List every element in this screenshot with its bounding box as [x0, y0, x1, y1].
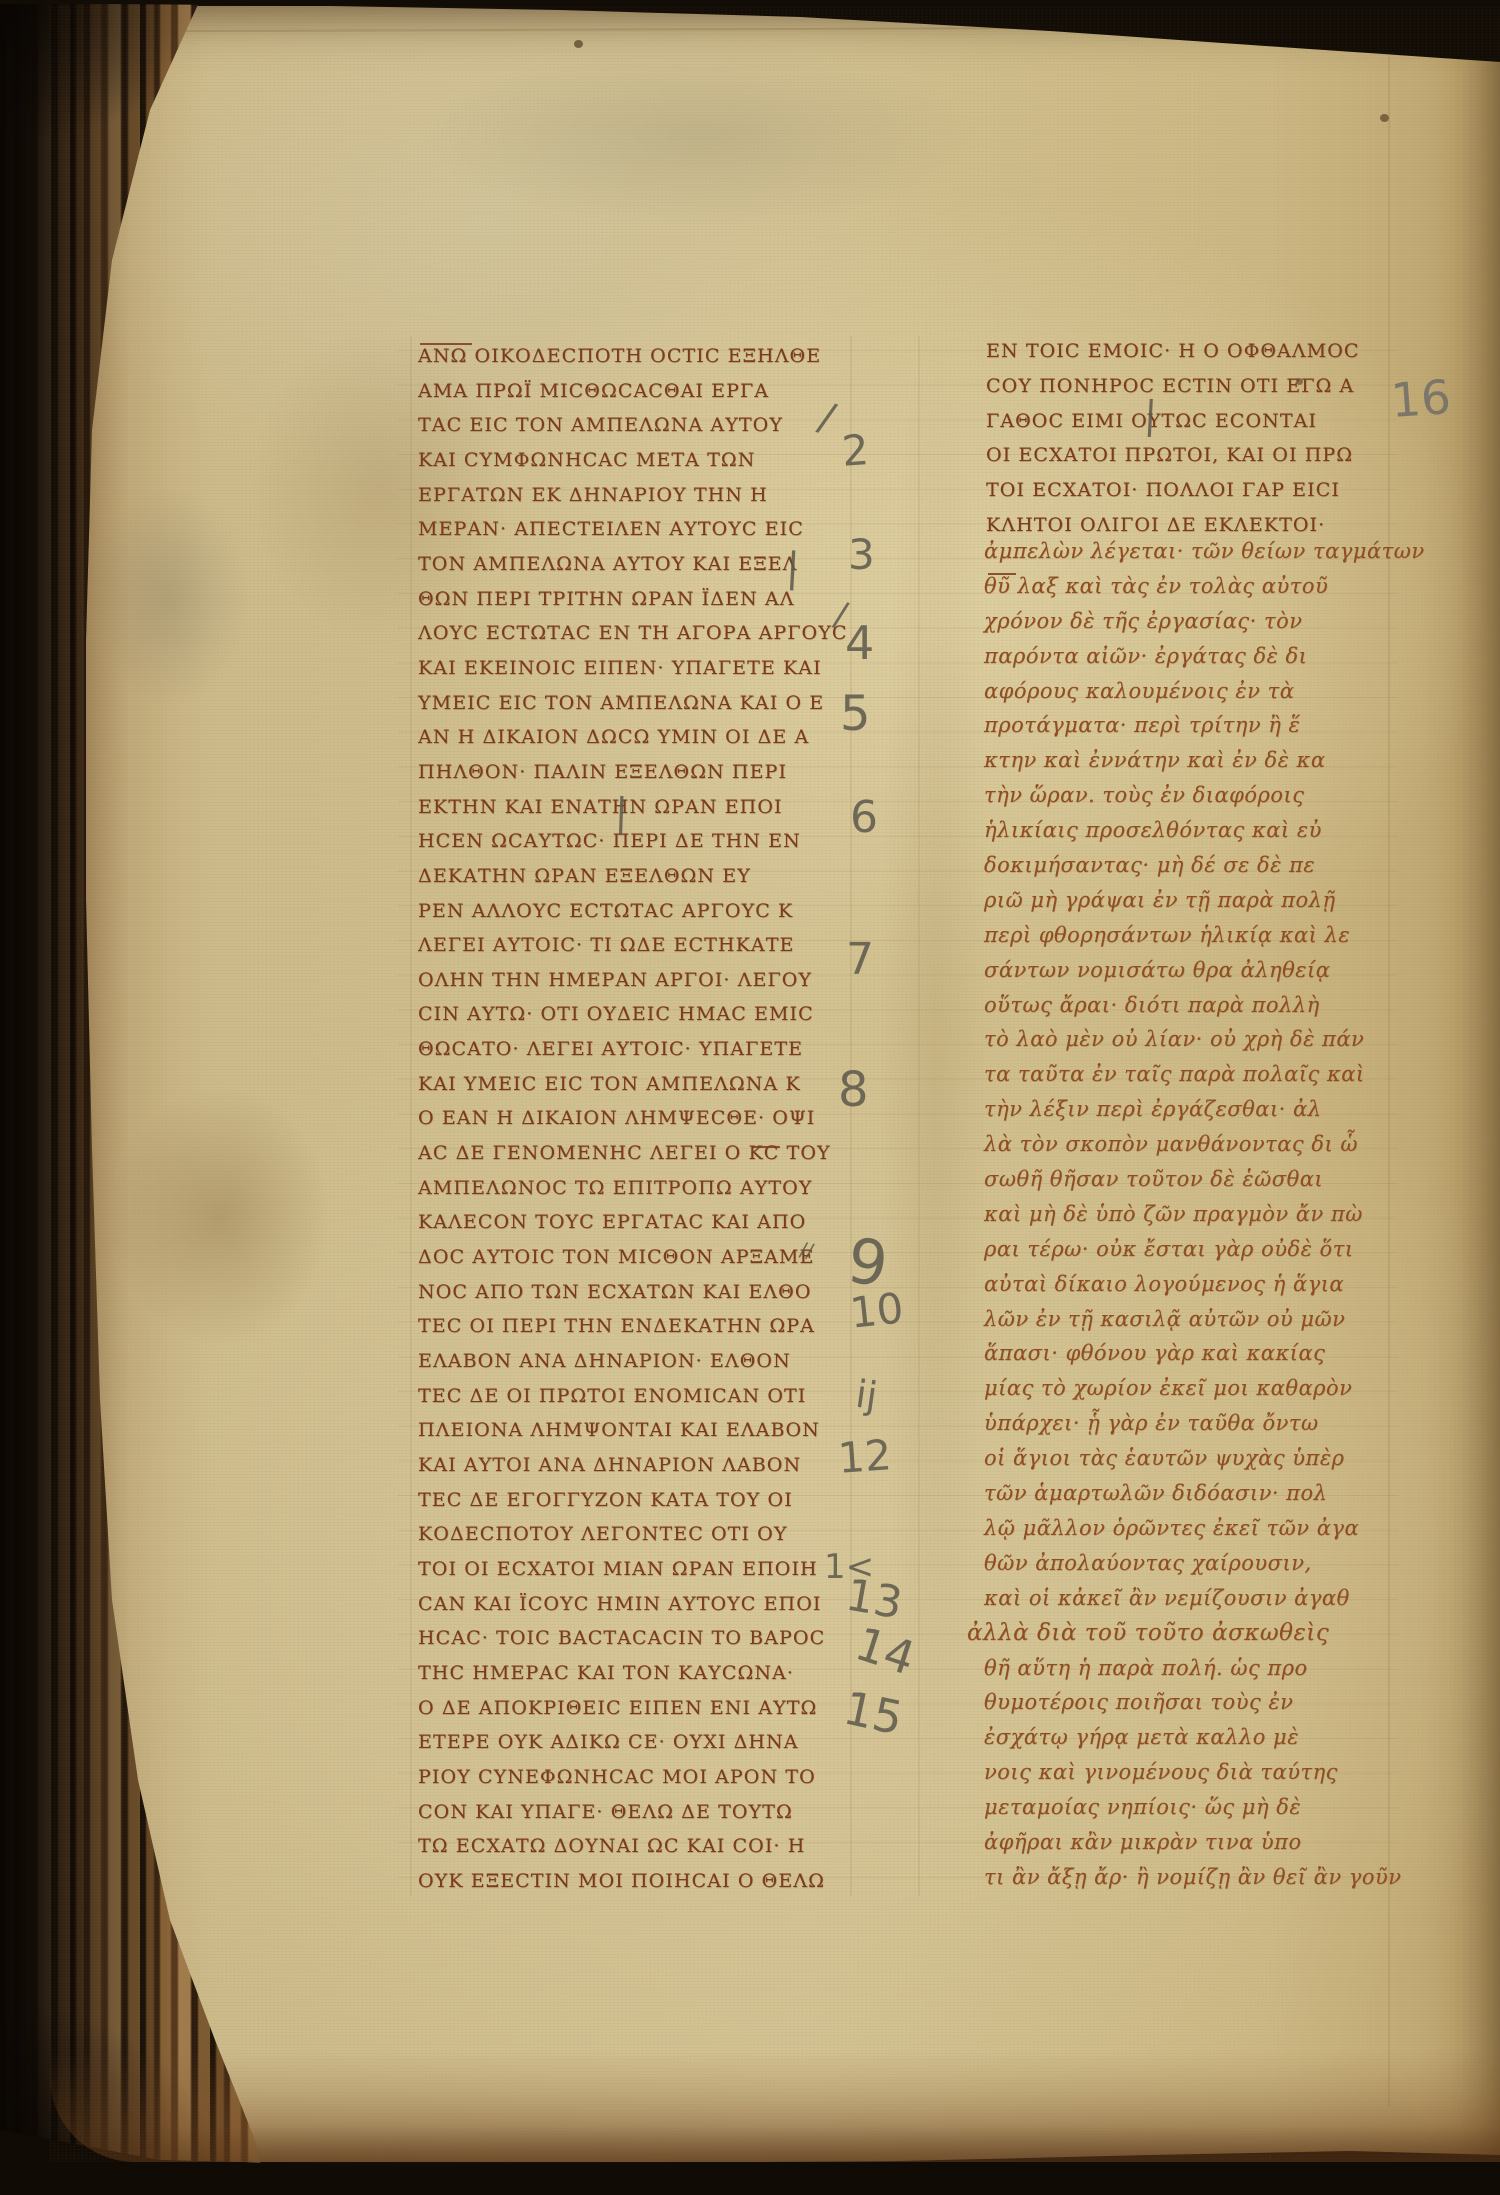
text-line: CΙΝ ΑΥΤΩ· ΟΤΙ ΟΥΔΕΙC ΗΜΑC ΕΜΙC: [418, 997, 848, 1032]
text-line: ΓΑΘΟC ΕΙΜΙ ΟΥΤΩC ΕCΟΝΤΑΙ: [986, 404, 1376, 439]
pencil-verse-number: |: [785, 548, 801, 589]
text-line: τὸ λαὸ μὲν οὐ λίαν· οὐ χρὴ δὲ πάν: [984, 1022, 1384, 1057]
text-line: ΤΑC ΕΙC ΤΟΝ ΑΜΠΕΛΩΝΑ ΑΥΤΟΥ: [418, 408, 848, 443]
text-line: ἐσχάτῳ γήρᾳ μετὰ καλλο μὲ: [984, 1720, 1384, 1755]
text-line: οὕτως ἄραι· διότι παρὰ πολλὴ: [984, 988, 1384, 1023]
text-line: κτην καὶ ἐννάτην καὶ ἐν δὲ κα: [984, 743, 1384, 778]
text-line: τι ἂν ἄξῃ ἄρ· ἢ νομίζῃ ἂν θεῖ ἂν γοῦν: [984, 1860, 1384, 1895]
ruling-line: [410, 336, 412, 1896]
text-line: ΛΟΥC ΕCΤΩΤΑC ΕΝ ΤΗ ΑΓΟΡΑ ΑΡΓΟΥC: [418, 616, 848, 651]
folio-number: 16: [1389, 370, 1453, 429]
text-line: μεταμοίας νηπίοις· ὥς μὴ δὲ: [984, 1790, 1384, 1825]
text-line: ΝΟC ΑΠΟ ΤΩΝ ΕCΧΑΤΩΝ ΚΑΙ ΕΛΘΟ: [418, 1275, 848, 1310]
text-line: ΟΥΚ ΕΞΕCΤΙΝ ΜΟΙ ΠΟΙΗCΑΙ Ο ΘΕΛΩ: [418, 1864, 848, 1899]
text-line: ΕΚΤΗΝ ΚΑΙ ΕΝΑΤΗΝ ΩΡΑΝ ΕΠΟΙ: [418, 790, 848, 825]
text-line: ΥΜΕΙC ΕΙC ΤΟΝ ΑΜΠΕΛΩΝΑ ΚΑΙ Ο Ε: [418, 686, 848, 721]
pencil-verse-number: 3: [848, 534, 875, 576]
text-line: ΚΑΛΕCΟΝ ΤΟΥC ΕΡΓΑΤΑC ΚΑΙ ΑΠΟ: [418, 1205, 848, 1240]
text-line: μίας τὸ χωρίον ἐκεῖ μοι καθαρὸν: [984, 1371, 1384, 1406]
text-line: ΕΝ ΤΟΙC ΕΜΟΙC· Η Ο ΟΦΘΑΛΜΟC: [986, 334, 1376, 369]
text-line: τῶν ἁμαρτωλῶν διδόασιν· πολ: [984, 1476, 1384, 1511]
text-line: προτάγματα· περὶ τρίτην ἢ ἕ: [984, 708, 1384, 743]
text-line: ΟΙ ΕCΧΑΤΟΙ ΠΡΩΤΟΙ, ΚΑΙ ΟΙ ΠΡΩ: [986, 438, 1376, 473]
text-line: ΘΩCΑΤΟ· ΛΕΓΕΙ ΑΥΤΟΙC· ΥΠΑΓΕΤΕ: [418, 1032, 848, 1067]
pencil-verse-number: 4: [845, 620, 874, 666]
text-line: ΕΤΕΡΕ ΟΥΚ ΑΔΙΚΩ CΕ· ΟΥΧΙ ΔΗΝΑ: [418, 1725, 848, 1760]
stain: [90, 486, 250, 706]
text-line: ΗCΑC· ΤΟΙC ΒΑCΤΑCΑCΙΝ ΤΟ ΒΑΡΟC: [418, 1621, 848, 1656]
text-line: οἱ ἅγιοι τὰς ἑαυτῶν ψυχὰς ὑπὲρ: [984, 1441, 1384, 1476]
text-line: ΚΑΙ ΥΜΕΙC ΕΙC ΤΟΝ ΑΜΠΕΛΩΝΑ Κ: [418, 1067, 848, 1102]
text-line: δοκιμήσαντας· μὴ δέ σε δὲ πε: [984, 848, 1384, 883]
pencil-verse-number: |: [1143, 396, 1158, 435]
text-line: σωθῆ θῆσαν τοῦτον δὲ ἑῶσθαι: [984, 1162, 1384, 1197]
text-line: ΤΟΙ ΕCΧΑΤΟΙ· ΠΟΛΛΟΙ ΓΑΡ ΕΙCΙ: [986, 473, 1376, 508]
text-line: λῶν ἐν τῇ κασιλᾷ αὐτῶν οὐ μῶν: [984, 1302, 1384, 1337]
text-line: ΔΟC ΑΥΤΟΙC ΤΟΝ ΜΙCΘΟΝ ΑΡΞΑΜΕ: [418, 1240, 848, 1275]
text-line: τὴν ὥραν. τοὺς ἐν διαφόροις: [984, 778, 1384, 813]
text-line: καὶ οἱ κἀκεῖ ἂν νεμίζουσιν ἀγαθ: [984, 1581, 1384, 1616]
ruling-line: [918, 336, 920, 1896]
text-line: ΡΕΝ ΑΛΛΟΥC ΕCΤΩΤΑC ΑΡΓΟΥC Κ: [418, 894, 848, 929]
text-line: ΚΟΔΕCΠΟΤΟΥ ΛΕΓΟΝΤΕC ΟΤΙ ΟΥ: [418, 1517, 848, 1552]
text-line: ἀμπελὼν λέγεται· τῶν θείων ταγμάτων: [984, 534, 1384, 569]
text-line: νοις καὶ γινομένους διὰ ταύτης: [984, 1755, 1384, 1790]
text-line: τὴν λέξιν περὶ ἐργάζεσθαι· ἀλ: [984, 1092, 1384, 1127]
pencil-verse-number: 10: [848, 1287, 906, 1334]
pencil-verse-number: 2: [841, 429, 871, 473]
text-line: ΚΑΙ ΕΚΕΙΝΟΙC ΕΙΠΕΝ· ΥΠΑΓΕΤΕ ΚΑΙ: [418, 651, 848, 686]
manuscript-photo: ΑΝΩ ΟΙΚΟΔΕCΠΟΤΗ ΟCΤΙC ΕΞΗΛΘΕΑΜΑ ΠΡΩΪ ΜΙC…: [0, 0, 1500, 2195]
pencil-verse-number: 12: [837, 1434, 893, 1480]
text-line: ΡΙΟΥ CΥΝΕΦΩΝΗCΑC ΜΟΙ ΑΡΟΝ ΤΟ: [418, 1760, 848, 1795]
pencil-verse-number: 8: [838, 1066, 869, 1114]
text-line: CΟΝ ΚΑΙ ΥΠΑΓΕ· ΘΕΛΩ ΔΕ ΤΟΥΤΩ: [418, 1795, 848, 1830]
text-line: CΟΥ ΠΟΝΗΡΟC ΕCΤΙΝ ΟΤΙ ΕΓΩ Α: [986, 369, 1376, 404]
text-line: θῶν ἀπολαύοντας χαίρουσιν,: [984, 1546, 1384, 1581]
text-line: ΗCΕΝ ΩCΑΥΤΩC· ΠΕΡΙ ΔΕ ΤΗΝ ΕΝ: [418, 824, 848, 859]
left-text-column: ΑΝΩ ΟΙΚΟΔΕCΠΟΤΗ ΟCΤΙC ΕΞΗΛΘΕΑΜΑ ΠΡΩΪ ΜΙC…: [418, 339, 848, 1899]
pencil-verse-number: 7: [846, 938, 874, 982]
text-line: καὶ μὴ δὲ ὑπὸ ζῶν πραγμὸν ἄν πὼ: [984, 1197, 1384, 1232]
text-line: λὰ τὸν σκοπὸν μανθάνοντας δι ὧ: [984, 1127, 1384, 1162]
text-line: τα ταῦτα ἐν ταῖς παρὰ πολαῖς καὶ: [984, 1057, 1384, 1092]
pencil-verse-number: 6: [850, 796, 878, 840]
text-line: ΤΩ ΕCΧΑΤΩ ΔΟΥΝΑΙ ΩC ΚΑΙ CΟΙ· Η: [418, 1829, 848, 1864]
stain: [574, 40, 583, 48]
text-line: ΔΕΚΑΤΗΝ ΩΡΑΝ ΕΞΕΛΘΩΝ ΕΥ: [418, 859, 848, 894]
text-line: ἅπασι· φθόνου γὰρ καὶ κακίας: [984, 1336, 1384, 1371]
text-line: αφόρους καλουμένοις ἐν τὰ: [984, 674, 1384, 709]
text-line: θυμοτέροις ποιῆσαι τοὺς ἐν: [984, 1685, 1384, 1720]
text-line: ΟΛΗΝ ΤΗΝ ΗΜΕΡΑΝ ΑΡΓΟΙ· ΛΕΓΟΥ: [418, 963, 848, 998]
text-line: ΕΛΑΒΟΝ ΑΝΑ ΔΗΝΑΡΙΟΝ· ΕΛΘΟΝ: [418, 1344, 848, 1379]
text-line: θῦ λαξ καὶ τὰς ἐν τολὰς αὐτοῦ: [984, 569, 1384, 604]
text-line: ΑΜΑ ΠΡΩΪ ΜΙCΘΩCΑCΘΑΙ ΕΡΓΑ: [418, 374, 848, 409]
text-line: σάντων νομισάτω θρα ἀληθείᾳ: [984, 953, 1384, 988]
pencil-verse-number: |: [614, 793, 628, 831]
text-line: ὑπάρχει· ᾗ γὰρ ἐν ταῦθα ὄντω: [984, 1406, 1384, 1441]
text-line: ΚΑΙ ΑΥΤΟΙ ΑΝΑ ΔΗΝΑΡΙΟΝ ΛΑΒΟΝ: [418, 1448, 848, 1483]
text-line: ΑΜΠΕΛΩΝΟC ΤΩ ΕΠΙΤΡΟΠΩ ΑΥΤΟΥ: [418, 1171, 848, 1206]
right-column-commentary: ἀμπελὼν λέγεται· τῶν θείων ταγμάτωνθῦ λα…: [984, 534, 1384, 1895]
text-line: ΑΝ Η ΔΙΚΑΙΟΝ ΔΩCΩ ΥΜΙΝ ΟΙ ΔΕ Α: [418, 720, 848, 755]
text-line: ΠΗΛΘΟΝ· ΠΑΛΙΝ ΕΞΕΛΘΩΝ ΠΕΡΙ: [418, 755, 848, 790]
text-line: ΤΕC ΔΕ ΟΙ ΠΡΩΤΟΙ ΕΝΟΜΙCΑΝ ΟΤΙ: [418, 1379, 848, 1414]
text-line: ΤΕC ΔΕ ΕΓΟΓΓΥΖΟΝ ΚΑΤΑ ΤΟΥ ΟΙ: [418, 1483, 848, 1518]
stain: [1380, 114, 1389, 122]
text-line: ΤΟΝ ΑΜΠΕΛΩΝΑ ΑΥΤΟΥ ΚΑΙ ΕΞΕΛ: [418, 547, 848, 582]
stain: [110, 1086, 330, 1346]
text-line: ΕΡΓΑΤΩΝ ΕΚ ΔΗΝΑΡΙΟΥ ΤΗΝ Η: [418, 478, 848, 513]
text-line: ἡλικίαις προσελθόντας καὶ εὐ: [984, 813, 1384, 848]
stain: [420, 46, 980, 226]
text-line: ΘΩΝ ΠΕΡΙ ΤΡΙΤΗΝ ΩΡΑΝ ΪΔΕΝ ΑΛ: [418, 582, 848, 617]
text-line: CΑΝ ΚΑΙ ΪCΟΥC ΗΜΙΝ ΑΥΤΟΥC ΕΠΟΙ: [418, 1587, 848, 1622]
text-line: Ο ΔΕ ΑΠΟΚΡΙΘΕΙC ΕΙΠΕΝ ΕΝΙ ΑΥΤΩ: [418, 1691, 848, 1726]
text-line: ΚΑΙ CΥΜΦΩΝΗCΑC ΜΕΤΑ ΤΩΝ: [418, 443, 848, 478]
text-line: ΛΕΓΕΙ ΑΥΤΟΙC· ΤΙ ΩΔΕ ΕCΤΗΚΑΤΕ: [418, 928, 848, 963]
text-line: ΤΟΙ ΟΙ ΕCΧΑΤΟΙ ΜΙΑΝ ΩΡΑΝ ΕΠΟΙΗ: [418, 1552, 848, 1587]
text-line: ΠΛΕΙΟΝΑ ΛΗΜΨΟΝΤΑΙ ΚΑΙ ΕΛΑΒΟΝ: [418, 1413, 848, 1448]
text-line: περὶ φθορησάντων ἡλικίᾳ καὶ λε: [984, 918, 1384, 953]
text-line: Ο ΕΑΝ Η ΔΙΚΑΙΟΝ ΛΗΜΨΕCΘΕ· ΟΨΙ: [418, 1101, 848, 1136]
text-line: θῆ αὕτη ἡ παρὰ πολή. ὡς προ: [984, 1651, 1384, 1686]
text-line: ΜΕΡΑΝ· ΑΠΕCΤΕΙΛΕΝ ΑΥΤΟΥC ΕΙC: [418, 512, 848, 547]
text-line: χρόνον δὲ τῆς ἐργασίας· τὸν: [984, 604, 1384, 639]
ruling-line: [1388, 56, 1390, 2106]
text-line: ΤΕC ΟΙ ΠΕΡΙ ΤΗΝ ΕΝΔΕΚΑΤΗΝ ΩΡΑ: [418, 1309, 848, 1344]
pencil-verse-number: 15: [840, 1684, 907, 1741]
text-line: παρόντα αἰῶν· ἐργάτας δὲ δι: [984, 639, 1384, 674]
text-line: ΑC ΔΕ ΓΕΝΟΜΕΝΗC ΛΕΓΕΙ Ο ΚC ΤΟΥ: [418, 1136, 848, 1171]
text-line: ραι τέρω· οὐκ ἔσται γὰρ οὐδὲ ὅτι: [984, 1232, 1384, 1267]
text-line: ἀφῆραι κἂν μικρὰν τινα ὑπο: [984, 1825, 1384, 1860]
text-line: ἀλλὰ διὰ τοῦ τοῦτο ἀσκωθεὶς: [967, 1616, 1384, 1651]
text-line: λῷ μᾶλλον ὁρῶντες ἐκεῖ τῶν ἀγα: [984, 1511, 1384, 1546]
text-line: ΤΗC ΗΜΕΡΑC ΚΑΙ ΤΟΝ ΚΑΥCΩΝΑ·: [418, 1656, 848, 1691]
pencil-verse-number: 5: [840, 690, 871, 738]
text-line: ριῶ μὴ γράψαι ἐν τῇ παρὰ πολῇ: [984, 883, 1384, 918]
text-line: ΑΝΩ ΟΙΚΟΔΕCΠΟΤΗ ΟCΤΙC ΕΞΗΛΘΕ: [418, 339, 848, 374]
right-column-gospel-text: ΕΝ ΤΟΙC ΕΜΟΙC· Η Ο ΟΦΘΑΛΜΟCCΟΥ ΠΟΝΗΡΟC Ε…: [986, 334, 1376, 543]
text-line: αὐταὶ δίκαιο λογούμενος ἡ ἅγια: [984, 1267, 1384, 1302]
